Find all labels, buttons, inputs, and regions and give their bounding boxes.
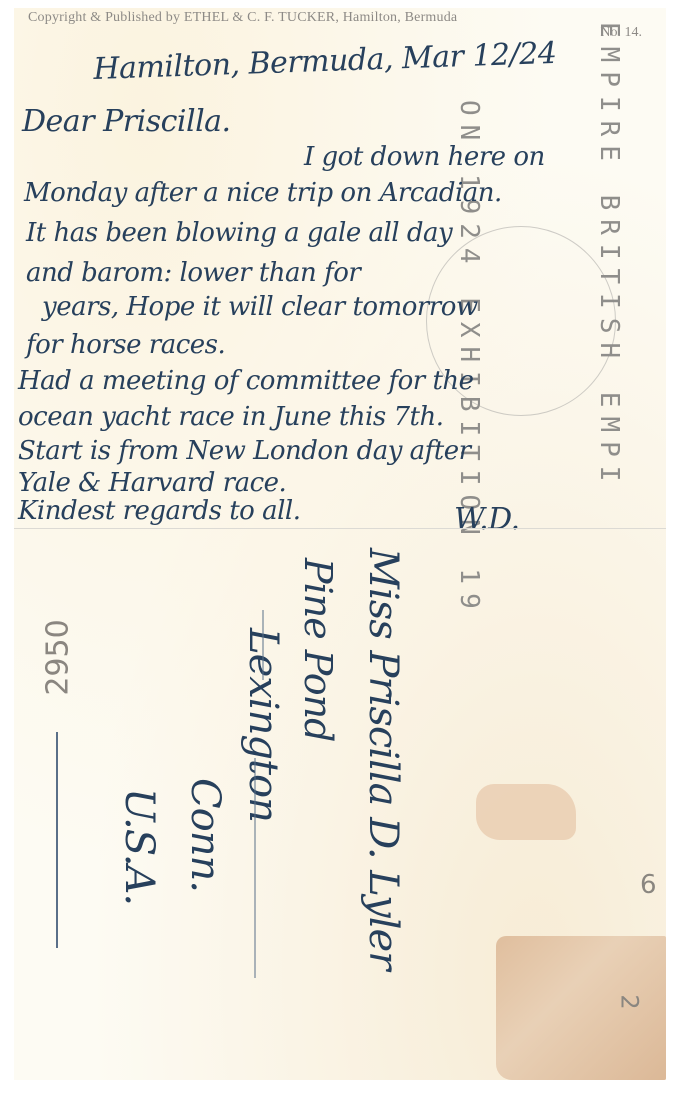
message-line: Start is from New London day after [18, 436, 471, 466]
pencil-catalog-number: 2950 [41, 619, 76, 695]
publisher-copyright: Copyright & Published by ETHEL & C. F. T… [28, 10, 457, 26]
message-line: Yale & Harvard race. [18, 468, 286, 498]
signature: W.D. [454, 502, 520, 537]
postmark-slogan-right: EMPIRE BRITISH EMPI [594, 22, 624, 490]
message-line: I got down here on [304, 142, 545, 172]
message-line: Monday after a nice trip on Arcadian. [24, 178, 502, 208]
postcard-back: Copyright & Published by ETHEL & C. F. T… [14, 8, 666, 1080]
address-line: U.S.A. [116, 788, 162, 905]
address-rule [262, 610, 264, 680]
message-line: Had a meeting of committee for the [18, 366, 474, 396]
message-divider [14, 528, 666, 529]
message-line: years, Hope it will clear tomorrow [42, 292, 478, 322]
address-rule [56, 732, 58, 948]
foxing-stain [476, 784, 576, 840]
address-line: Pine Pond [296, 558, 340, 741]
message-line: Kindest regards to all. [18, 496, 300, 526]
address-line: Miss Priscilla D. Lyler [360, 548, 406, 969]
pencil-corner-mark: 2 [616, 994, 644, 1009]
address-line: Conn. [182, 778, 228, 892]
message-line: ocean yacht race in June this 7th. [18, 402, 443, 432]
dateline: Hamilton, Bermuda, Mar 12/24 [93, 36, 557, 87]
pencil-note: 6 [640, 870, 657, 900]
message-line: It has been blowing a gale all day [26, 218, 452, 248]
message-line: for horse races. [26, 330, 225, 360]
message-line: and barom: lower than for [26, 258, 360, 288]
salutation: Dear Priscilla. [22, 104, 231, 139]
address-rule [254, 758, 256, 978]
